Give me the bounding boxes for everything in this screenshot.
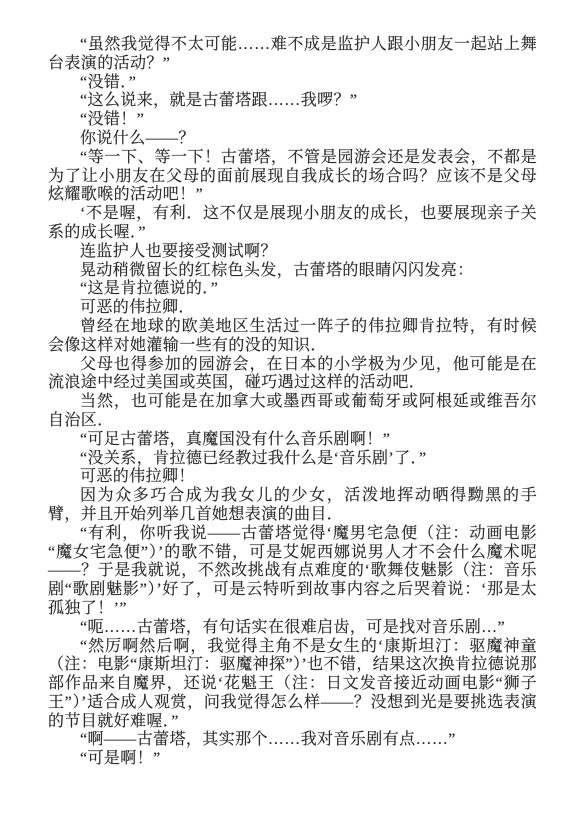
paragraph-1: “虽然我觉得不太可能……难不成是监护人跟小朋友一起站上舞台表演的活动？” bbox=[48, 36, 537, 74]
paragraph-10: “这是肯拉德说的．” bbox=[48, 280, 537, 299]
novel-text-block: “虽然我觉得不太可能……难不成是监护人跟小朋友一起站上舞台表演的活动？”“没错．… bbox=[48, 36, 537, 769]
paragraph-19: “有利，你听我说——古蕾塔觉得‘魔男宅急便（注：动画电影“魔女宅急便”）’的歌不… bbox=[48, 525, 537, 619]
paragraph-4: “没错！” bbox=[48, 111, 537, 130]
paragraph-9: 晃动稍微留长的红棕色头发，古蕾塔的眼睛闪闪发亮： bbox=[48, 262, 537, 281]
paragraph-14: 当然，也可能是在加拿大或墨西哥或葡萄牙或阿根延或维吾尔自治区． bbox=[48, 393, 537, 431]
paragraph-17: 可恶的伟拉卿！ bbox=[48, 468, 537, 487]
paragraph-23: “可是啊！” bbox=[48, 750, 537, 769]
paragraph-22: “啊——古蕾塔，其实那个……我对音乐剧有点……” bbox=[48, 731, 537, 750]
paragraph-3: “这么说来，就是古蕾塔跟……我啰？” bbox=[48, 92, 537, 111]
paragraph-15: “可足古蕾塔，真魔国没有什么音乐剧啊！” bbox=[48, 431, 537, 450]
paragraph-12: 曾经在地球的欧美地区生活过一阵子的伟拉卿肯拉特，有时候会像这样对她灌输一些有的没… bbox=[48, 318, 537, 356]
paragraph-8: 连监护人也要接受测试啊？ bbox=[48, 243, 537, 262]
paragraph-16: “没关系，肯拉德已经教过我什么是‘音乐剧’了．” bbox=[48, 450, 537, 469]
paragraph-21: “然厉啊然后啊，我觉得主角不是女生的‘康斯坦汀：驱魔神童（注：电影“康斯坦汀：驱… bbox=[48, 638, 537, 732]
paragraph-11: 可恶的伟拉卿． bbox=[48, 299, 537, 318]
paragraph-2: “没错．” bbox=[48, 74, 537, 93]
paragraph-7: ‘不是喔，有利．这不仅是展现小朋友的成长，也要展现亲子关系的成长喔．” bbox=[48, 205, 537, 243]
paragraph-5: 你说什么——？ bbox=[48, 130, 537, 149]
document-page: “虽然我觉得不太可能……难不成是监护人跟小朋友一起站上舞台表演的活动？”“没错．… bbox=[0, 0, 583, 828]
paragraph-20: “呃……古蕾塔，有句话实在很难启齿，可是找对音乐剧…” bbox=[48, 619, 537, 638]
paragraph-13: 父母也得参加的园游会，在日本的小学极为少见，他可能是在流浪途中经过美国或英国，碰… bbox=[48, 356, 537, 394]
paragraph-6: “等一下、等一下！古蕾塔，不管是园游会还是发表会，不都是为了让小朋友在父母的面前… bbox=[48, 149, 537, 205]
paragraph-18: 因为众多巧合成为我女儿的少女，活泼地挥动晒得黝黑的手臂，并且开始列举几首她想表演… bbox=[48, 487, 537, 525]
